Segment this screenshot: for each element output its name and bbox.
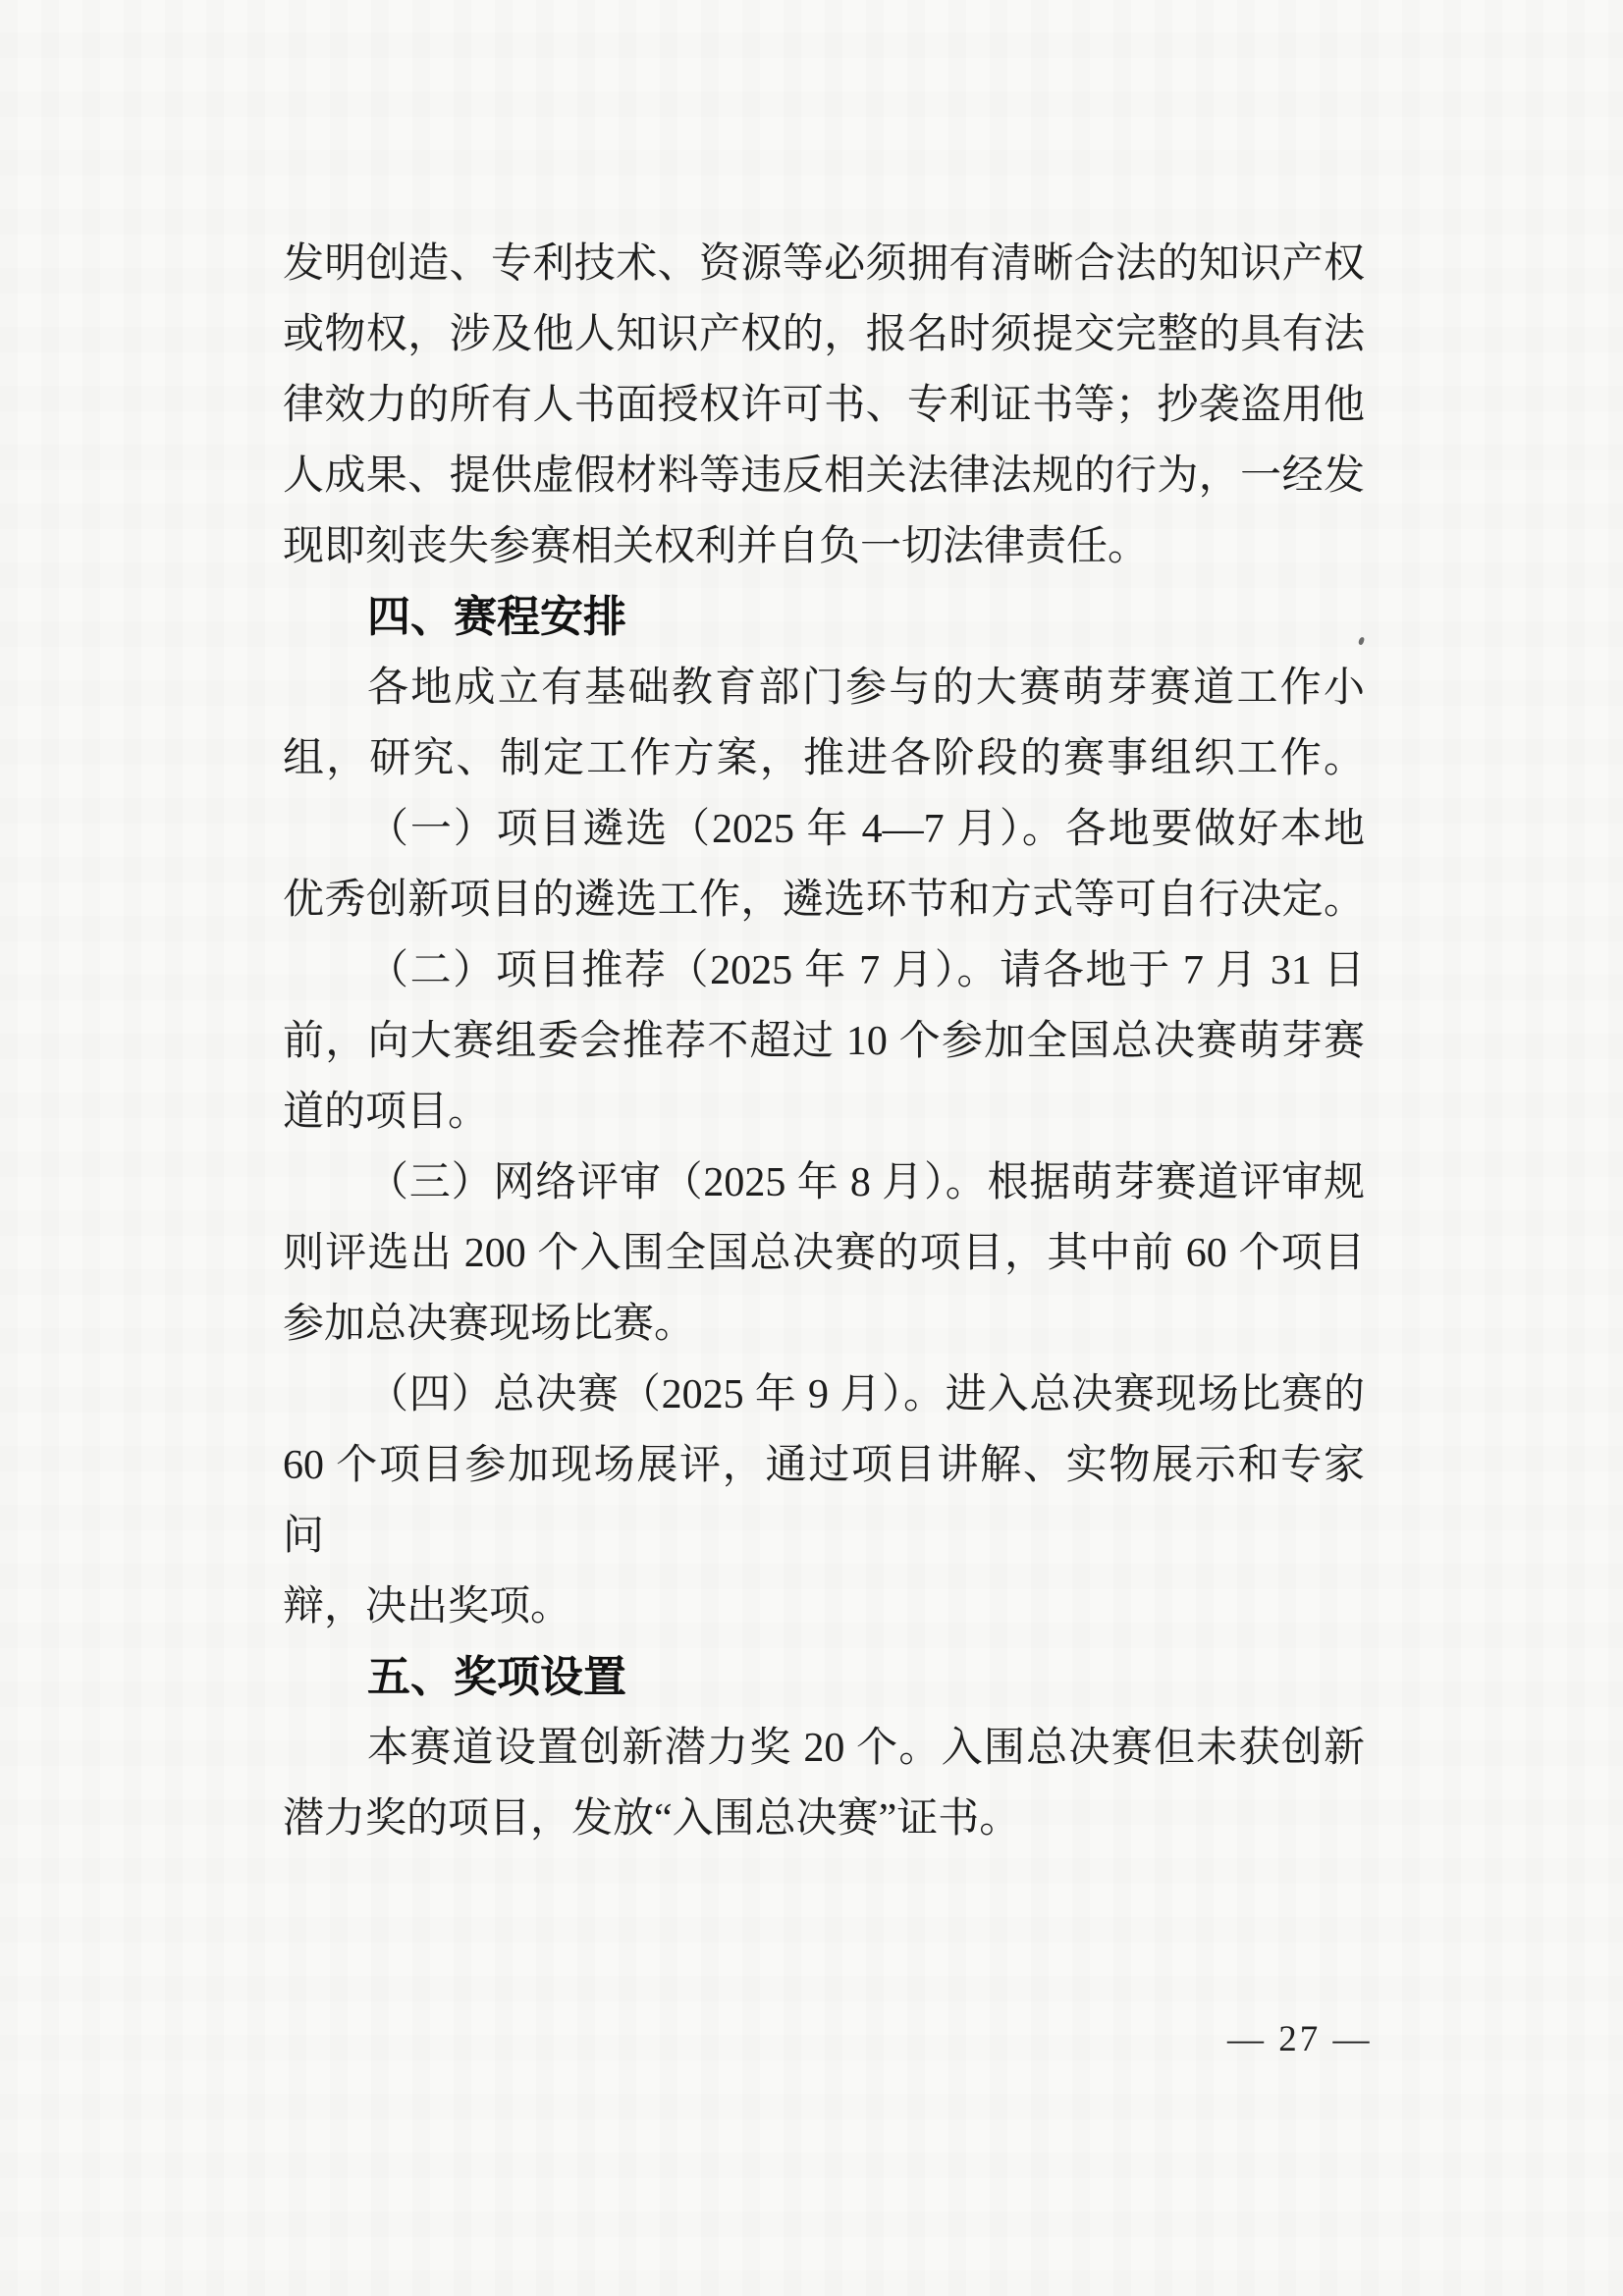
- text-line: 潜力奖的项目，发放“入围总决赛”证书。: [283, 1784, 1365, 1854]
- text-line: （三）网络评审（2025 年 8 月）。根据萌芽赛道评审规: [283, 1148, 1365, 1218]
- text-line: （四）总决赛（2025 年 9 月）。进入总决赛现场比赛的: [283, 1360, 1365, 1430]
- text-line: 道的项目。: [283, 1077, 1365, 1148]
- text-line: 人成果、提供虚假材料等违反相关法律法规的行为，一经发: [283, 441, 1365, 511]
- text-line: 律效力的所有人书面授权许可书、专利证书等；抄袭盗用他: [283, 370, 1365, 441]
- text-line: 参加总决赛现场比赛。: [283, 1289, 1365, 1360]
- text-line: 辩，决出奖项。: [283, 1572, 1365, 1642]
- text-line: （二）项目推荐（2025 年 7 月）。请各地于 7 月 31 日: [283, 935, 1365, 1006]
- document-page: 发明创造、专利技术、资源等必须拥有清晰合法的知识产权或物权，涉及他人知识产权的，…: [0, 0, 1623, 2296]
- text-line: （一）项目遴选（2025 年 4—7 月）。各地要做好本地: [283, 794, 1365, 865]
- text-line: 60 个项目参加现场展评，通过项目讲解、实物展示和专家问: [283, 1430, 1365, 1572]
- section-heading: 四、赛程安排: [283, 582, 1365, 653]
- text-line: 本赛道设置创新潜力奖 20 个。入围总决赛但未获创新: [283, 1713, 1365, 1784]
- section-heading: 五、奖项设置: [283, 1642, 1365, 1713]
- text-line: 发明创造、专利技术、资源等必须拥有清晰合法的知识产权: [283, 229, 1365, 299]
- page-number: — 27 —: [1227, 2018, 1373, 2060]
- text-line: 优秀创新项目的遴选工作，遴选环节和方式等可自行决定。: [283, 865, 1365, 935]
- text-line: 各地成立有基础教育部门参与的大赛萌芽赛道工作小: [283, 653, 1365, 723]
- text-line: 现即刻丧失参赛相关权利并自负一切法律责任。: [283, 511, 1365, 582]
- text-line: 前，向大赛组委会推荐不超过 10 个参加全国总决赛萌芽赛: [283, 1006, 1365, 1077]
- text-line: 组，研究、制定工作方案，推进各阶段的赛事组织工作。: [283, 723, 1365, 794]
- text-line: 或物权，涉及他人知识产权的，报名时须提交完整的具有法: [283, 299, 1365, 370]
- document-body: 发明创造、专利技术、资源等必须拥有清晰合法的知识产权或物权，涉及他人知识产权的，…: [283, 229, 1365, 1854]
- text-line: 则评选出 200 个入围全国总决赛的项目，其中前 60 个项目: [283, 1218, 1365, 1289]
